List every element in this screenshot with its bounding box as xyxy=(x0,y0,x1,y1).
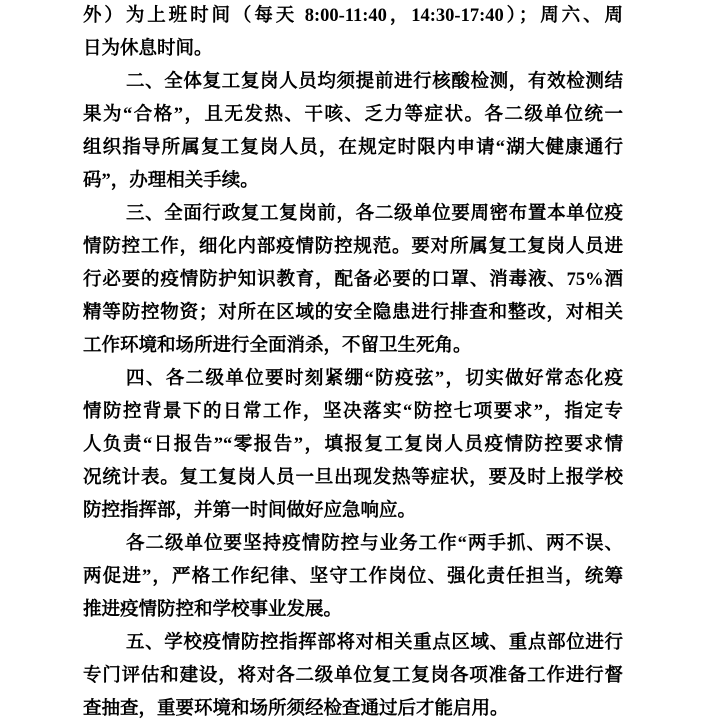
text-line: 五、学校疫情防控指挥部将对相关重点区域、重点部位进行 xyxy=(83,627,623,660)
paragraph-item-3: 三、全面行政复工复岗前，各二级单位要周密布置本单位疫 情防控工作，细化内部疫情防… xyxy=(83,198,623,363)
text-line: 日为休息时间。 xyxy=(83,33,623,66)
text-line: 推进疫情防控和学校事业发展。 xyxy=(83,594,623,627)
text-line: 况统计表。复工复岗人员一旦出现发热等症状，要及时上报学校 xyxy=(83,462,623,495)
text-line: 二、全体复工复岗人员均须提前进行核酸检测，有效检测结 xyxy=(83,66,623,99)
text-line: 各二级单位要坚持疫情防控与业务工作“两手抓、两不误、 xyxy=(83,528,623,561)
text-line: 四、各二级单位要时刻紧绷“防疫弦”，切实做好常态化疫 xyxy=(83,363,623,396)
text-line: 三、全面行政复工复岗前，各二级单位要周密布置本单位疫 xyxy=(83,198,623,231)
paragraph-item-2: 二、全体复工复岗人员均须提前进行核酸检测，有效检测结 果为“合格”，且无发热、干… xyxy=(83,66,623,198)
text-line: 果为“合格”，且无发热、干咳、乏力等症状。各二级单位统一 xyxy=(83,99,623,132)
paragraph-supplement: 各二级单位要坚持疫情防控与业务工作“两手抓、两不误、 两促进”，严格工作纪律、坚… xyxy=(83,528,623,627)
text-line: 外）为上班时间（每天 8:00-11:40，14:30-17:40）；周六、周 xyxy=(83,0,623,33)
text-line: 防控指挥部，并第一时间做好应急响应。 xyxy=(83,495,623,528)
text-line: 人负责“日报告”“零报告”，填报复工复岗人员疫情防控要求情 xyxy=(83,429,623,462)
text-line: 两促进”，严格工作纪律、坚守工作岗位、强化责任担当，统筹 xyxy=(83,561,623,594)
text-line: 码”，办理相关手续。 xyxy=(83,165,623,198)
text-line: 查抽查，重要环境和场所须经检查通过后才能启用。 xyxy=(83,693,623,726)
paragraph-item-5: 五、学校疫情防控指挥部将对相关重点区域、重点部位进行 专门评估和建设，将对各二级… xyxy=(83,627,623,726)
paragraph-continuation: 外）为上班时间（每天 8:00-11:40，14:30-17:40）；周六、周 … xyxy=(83,0,623,66)
text-line: 情防控背景下的日常工作，坚决落实“防控七项要求”，指定专 xyxy=(83,396,623,429)
text-line: 工作环境和场所进行全面消杀，不留卫生死角。 xyxy=(83,330,623,363)
text-line: 组织指导所属复工复岗人员，在规定时限内申请“湖大健康通行 xyxy=(83,132,623,165)
text-line: 行必要的疫情防护知识教育，配备必要的口罩、消毒液、75%酒 xyxy=(83,264,623,297)
document-page: 外）为上班时间（每天 8:00-11:40，14:30-17:40）；周六、周 … xyxy=(0,0,706,726)
paragraph-item-4: 四、各二级单位要时刻紧绷“防疫弦”，切实做好常态化疫 情防控背景下的日常工作，坚… xyxy=(83,363,623,528)
text-line: 情防控工作，细化内部疫情防控规范。要对所属复工复岗人员进 xyxy=(83,231,623,264)
text-line: 专门评估和建设，将对各二级单位复工复岗各项准备工作进行督 xyxy=(83,660,623,693)
text-line: 精等防控物资；对所在区域的安全隐患进行排查和整改，对相关 xyxy=(83,297,623,330)
